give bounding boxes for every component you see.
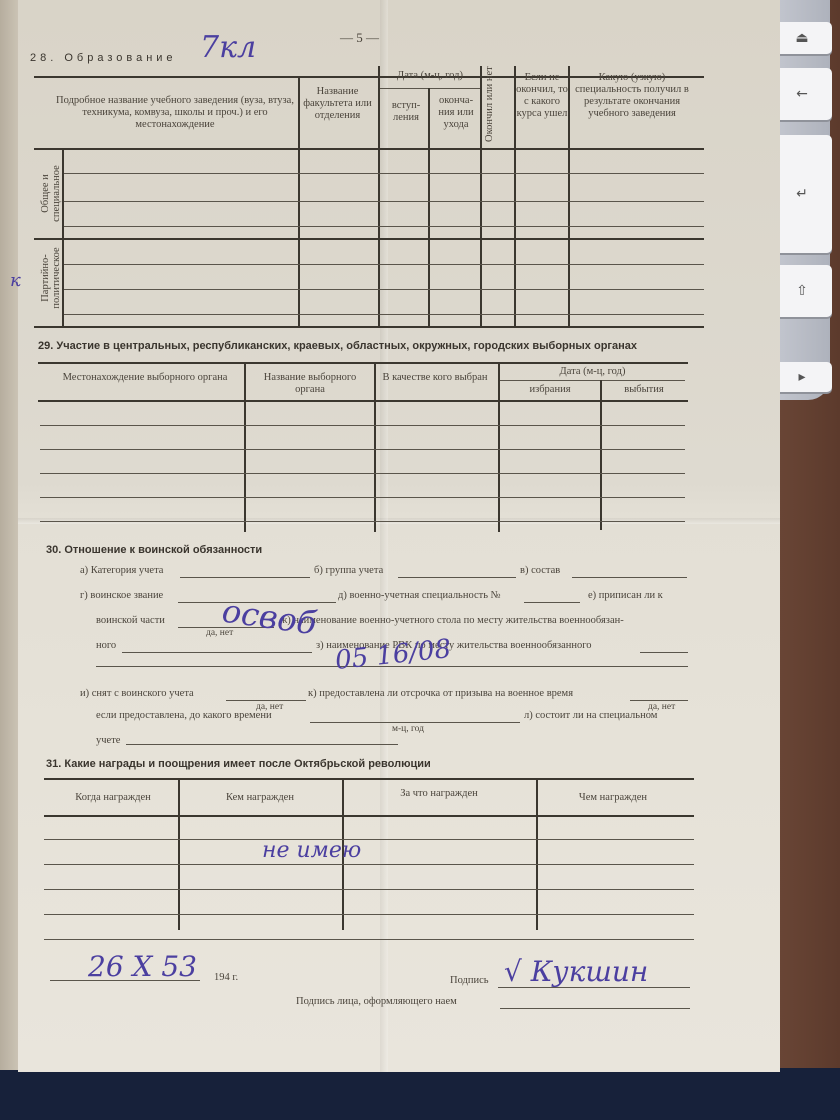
section-31-title: 31. Какие награды и поощрения имеет посл… — [46, 758, 431, 770]
paper-vertical-fold — [380, 0, 388, 1072]
row-group-party-political: Партийно-политическое — [40, 238, 62, 318]
col-with-what: Чем награжден — [538, 792, 688, 804]
field-k2-label: если предоставлена, до какого времени — [96, 710, 272, 721]
field-k2-hint: м-ц, год — [392, 724, 424, 734]
col-date-group-29: Дата (м-ц, год) — [500, 366, 685, 378]
col-left: выбытия — [604, 384, 684, 396]
field-l-label: л) состоит ли на специальном — [524, 710, 657, 721]
year-suffix: 194 г. — [214, 972, 238, 983]
field-a-label: а) Категория учета — [80, 565, 163, 576]
handwritten-date-footer: 26 X 53 — [88, 950, 197, 983]
right-arrow-key: ▸ — [772, 362, 832, 392]
signature-label: Подпись — [450, 975, 489, 986]
section-30-title: 30. Отношение к воинской обязанности — [46, 544, 262, 556]
handwritten-grade: 7кл — [200, 30, 256, 65]
field-b-label: б) группа учета — [314, 565, 383, 576]
col-for-what: За что награжден — [344, 788, 534, 800]
col-location: Местонахождение выборного органа — [50, 372, 240, 384]
row-group-general: Общее и специальное — [40, 151, 62, 236]
hr-signature-label: Подпись лица, оформляющего наем — [296, 996, 457, 1007]
field-v-label: в) состав — [520, 565, 560, 576]
section-28-title: 28. Образование — [30, 52, 177, 64]
field-zh-input[interactable] — [122, 652, 312, 653]
col-specialty: Какую (узкую) специальность получил в ре… — [572, 72, 692, 120]
section-29-title: 29. Участие в центральных, республиканск… — [38, 340, 637, 352]
col-elected: избрания — [502, 384, 598, 396]
hr-signature-field[interactable] — [500, 1008, 690, 1009]
document-page — [18, 0, 780, 1072]
field-z-input[interactable] — [640, 652, 688, 653]
field-e-label: е) приписан ли к — [588, 590, 663, 601]
field-b-input[interactable] — [398, 577, 516, 578]
field-zh-label: ж) наименование военно-учетного стола по… — [280, 615, 624, 626]
eject-key: ⏏ — [772, 22, 832, 54]
fabric-background — [0, 1068, 840, 1120]
field-v-input[interactable] — [572, 577, 687, 578]
field-l2-label: учете — [96, 735, 120, 746]
field-l-input[interactable] — [126, 744, 398, 745]
field-d-label: д) военно-учетная специальность № — [338, 590, 501, 601]
field-i-label: и) снят с воинского учета — [80, 688, 194, 699]
col-institution: Подробное название учебного заведения (в… — [50, 95, 300, 131]
margin-mark: к — [10, 270, 21, 291]
field-k2-input[interactable] — [310, 722, 520, 723]
col-by-whom: Кем награжден — [180, 792, 340, 804]
col-enrollment: вступ-ления — [386, 100, 426, 124]
delete-key: ← — [772, 68, 832, 120]
field-i-input[interactable] — [226, 700, 306, 701]
shift-key: ⇧ — [772, 265, 832, 317]
col-faculty: Название факультета или отделения — [300, 86, 375, 122]
field-d-input[interactable] — [524, 602, 580, 603]
field-g-label: г) воинское звание — [80, 590, 163, 601]
handwritten-no-awards: не имею — [262, 838, 361, 863]
field-k-label: к) предоставлена ли отсрочка от призыва … — [308, 688, 573, 699]
handwritten-signature: √ Кукшин — [504, 955, 648, 988]
col-body-name: Название выборного органа — [250, 372, 370, 396]
field-a-input[interactable] — [180, 577, 310, 578]
field-zh2-label: ного — [96, 640, 116, 651]
col-role: В качестве кого выбран — [380, 372, 490, 384]
col-if-not-completed: Если не окончил, то с какого курса ушел — [516, 72, 568, 120]
col-when: Когда награжден — [48, 792, 178, 804]
page-number: — 5 — — [340, 30, 379, 46]
col-date-group: Дата (м-ц, год) — [380, 70, 480, 82]
field-e2-label: воинской части — [96, 615, 165, 626]
col-graduation: оконча-ния или ухода — [432, 95, 480, 131]
return-key: ↵ — [772, 135, 832, 253]
col-completed: Окончил или нет — [484, 72, 495, 142]
field-k-input[interactable] — [630, 700, 688, 701]
